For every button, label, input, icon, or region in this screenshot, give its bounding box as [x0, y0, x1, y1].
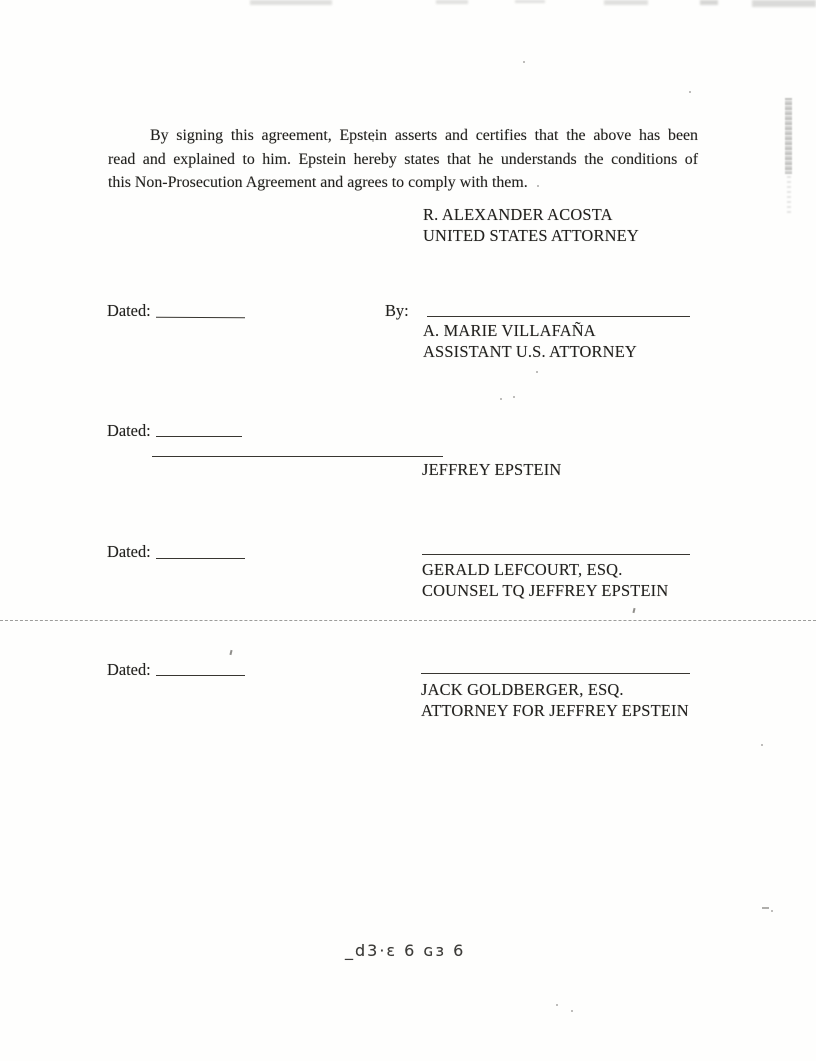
paragraph-line: read and explained to him. Epstein hereb… — [108, 148, 698, 172]
signatory-title: ASSISTANT U.S. ATTORNEY — [423, 342, 637, 362]
dated-label: Dated: — [107, 660, 151, 680]
date-blank-line — [156, 436, 242, 437]
scan-artifact — [250, 0, 332, 5]
dated-label: Dated: — [107, 301, 151, 321]
scan-artifact — [513, 396, 515, 398]
scan-artifact — [604, 0, 648, 5]
scan-artifact — [771, 910, 773, 912]
scan-artifact — [436, 0, 468, 4]
scan-artifact — [536, 371, 538, 373]
signatory-name: A. MARIE VILLAFAÑA — [423, 321, 596, 341]
signatory-title: COUNSEL TQ JEFFREY EPSTEIN — [422, 581, 668, 601]
scan-artifact — [632, 608, 635, 613]
date-blank-line — [156, 675, 245, 676]
signature-line — [421, 673, 690, 674]
footer-stamp: _d3·ε 6 ɢз 6 — [345, 941, 465, 960]
signatory-name: JEFFREY EPSTEIN — [422, 460, 561, 480]
scan-artifact — [785, 98, 792, 174]
scan-artifact — [515, 0, 545, 3]
signature-line — [422, 554, 690, 555]
dated-label: Dated: — [107, 542, 151, 562]
scan-artifact — [787, 176, 791, 216]
by-label: By: — [385, 301, 409, 321]
scan-artifact — [556, 1004, 558, 1006]
date-blank-line — [156, 317, 245, 319]
us-attorney-name: R. ALEXANDER ACOSTA — [423, 205, 613, 225]
signatory-name: GERALD LEFCOURT, ESQ. — [422, 560, 623, 580]
scan-artifact — [752, 0, 816, 7]
date-blank-line — [156, 558, 245, 559]
scan-artifact — [762, 907, 769, 909]
dated-label: Dated: — [107, 421, 151, 441]
scanned-document-page: By signing this agreement, Epstein asser… — [0, 0, 816, 1061]
paragraph-line: By signing this agreement, Epstein asser… — [108, 124, 698, 148]
scan-artifact — [500, 398, 502, 400]
dashed-divider-line — [0, 620, 816, 621]
scan-artifact — [523, 61, 525, 63]
paragraph-line: this Non-Prosecution Agreement and agree… — [108, 171, 698, 195]
signature-line — [427, 316, 690, 317]
scan-artifact — [761, 744, 763, 746]
agreement-paragraph: By signing this agreement, Epstein asser… — [108, 124, 698, 195]
scan-artifact — [700, 0, 718, 5]
scan-artifact — [571, 1010, 573, 1012]
signatory-name: JACK GOLDBERGER, ESQ. — [421, 680, 624, 700]
scan-artifact — [689, 91, 691, 93]
us-attorney-title: UNITED STATES ATTORNEY — [423, 226, 639, 246]
scan-artifact — [229, 650, 232, 655]
signature-line — [152, 456, 443, 457]
signatory-title: ATTORNEY FOR JEFFREY EPSTEIN — [421, 701, 689, 721]
